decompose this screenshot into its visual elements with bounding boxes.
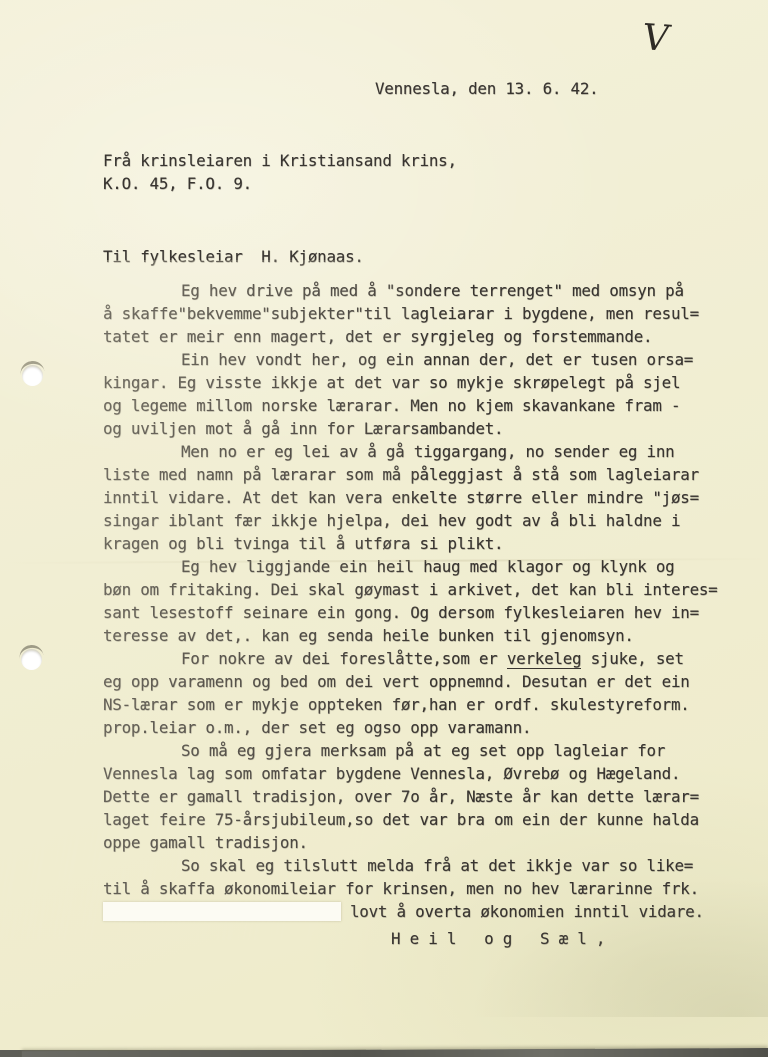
sender-line-1: Frå krinsleiaren i Kristiansand krins, <box>103 149 457 172</box>
letter-text-segment: prop.leiar o.m., der set eg ogso opp var… <box>103 718 531 737</box>
letter-line: kragen og bli tvinga til å utføra si pli… <box>103 532 725 555</box>
letter-line: eg opp varamenn og bed om dei vert oppne… <box>103 670 725 693</box>
letter-line: kingar. Eg visste ikkje at det var so my… <box>103 371 725 394</box>
punch-hole-top <box>22 365 43 386</box>
letter-line: å skaffe"bekvemme"subjekter"til lagleiar… <box>103 302 725 325</box>
letter-line: liste med namn på lærarar som må påleggj… <box>103 463 725 486</box>
punch-hole-bottom <box>21 649 42 670</box>
letter-line: lovt å overta økonomien inntil vidare. <box>103 900 725 923</box>
letter-line: Eg hev drive på med å "sondere terrenget… <box>103 279 725 302</box>
letter-text-segment: oppe gamall tradisjon. <box>103 833 308 852</box>
letter-text-segment: tatet er meir enn magert, det er syrgjel… <box>103 327 652 346</box>
redacted-name-box <box>103 902 341 921</box>
letter-line: NS-lærar som er mykje oppteken før,han e… <box>103 693 725 716</box>
recipient-line: Til fylkesleiar H. Kjønaas. <box>103 245 364 268</box>
letter-line: Men no er eg lei av å gå tiggargang, no … <box>103 440 725 463</box>
letter-text-segment: sjuke, set <box>581 649 683 668</box>
letter-text-segment: sant lesestoff seinare ein gong. Og ders… <box>103 603 699 622</box>
letter-text-segment: kragen og bli tvinga til å utføra si pli… <box>103 534 503 553</box>
sender-line-2: K.O. 45, F.O. 9. <box>103 172 252 195</box>
letter-text-segment: eg opp varamenn og bed om dei vert oppne… <box>103 672 690 691</box>
letter-line: tatet er meir enn magert, det er syrgjel… <box>103 325 725 348</box>
letter-line: laget feire 75-årsjubileum,so det var br… <box>103 808 725 831</box>
closing-salutation: H e i l o g S æ l , <box>391 927 605 950</box>
letter-line: Dette er gamall tradisjon, over 7o år, N… <box>103 785 725 808</box>
letter-line: sant lesestoff seinare ein gong. Og ders… <box>103 601 725 624</box>
letter-line: For nokre av dei foreslåtte,som er verke… <box>103 647 725 670</box>
letter-text-segment: verkeleg <box>507 649 581 669</box>
handwritten-check-mark: V <box>643 17 669 60</box>
letter-line: og legeme millom norske lærarar. Men no … <box>103 394 725 417</box>
letter-line: og uviljen mot å gå inn for Lærarsamband… <box>103 417 725 440</box>
letter-line: Vennesla lag som omfatar bygdene Vennesl… <box>103 762 725 785</box>
letter-text-segment: laget feire 75-årsjubileum,so det var br… <box>103 810 699 829</box>
letter-text-segment: liste med namn på lærarar som må påleggj… <box>103 465 699 484</box>
letter-text-segment: bøn om fritaking. Dei skal gøymast i ark… <box>103 580 718 599</box>
letter-text-segment: singar iblant fær ikkje hjelpa, dei hev … <box>103 511 680 530</box>
letter-text-segment: NS-lærar som er mykje oppteken før,han e… <box>103 695 690 714</box>
letter-text-segment: Eg hev drive på med å "sondere terrenget… <box>181 281 684 300</box>
letter-line: oppe gamall tradisjon. <box>103 831 725 854</box>
letter-body: Eg hev drive på med å "sondere terrenget… <box>103 279 725 923</box>
letter-line: prop.leiar o.m., der set eg ogso opp var… <box>103 716 725 739</box>
letter-text-segment: Ein hev vondt her, og ein annan der, det… <box>181 350 693 369</box>
letter-text-segment: og legeme millom norske lærarar. Men no … <box>103 396 680 415</box>
letter-line: So må eg gjera merksam på at eg set opp … <box>103 739 725 762</box>
letter-line: So skal eg tilslutt melda frå at det ikk… <box>103 854 725 877</box>
letter-text-segment: So skal eg tilslutt melda frå at det ikk… <box>181 856 693 875</box>
letter-line: til å skaffa økonomileiar for krinsen, m… <box>103 877 725 900</box>
scanned-letter-document: V Vennesla, den 13. 6. 42. Frå krinsleia… <box>0 0 768 1057</box>
letter-line: bøn om fritaking. Dei skal gøymast i ark… <box>103 578 725 601</box>
letter-text-segment: Dette er gamall tradisjon, over 7o år, N… <box>103 787 699 806</box>
letter-line: teresse av det,. kan eg senda heile bunk… <box>103 624 725 647</box>
letter-text-segment: inntil vidare. At det kan vera enkelte s… <box>103 488 699 507</box>
letter-line: singar iblant fær ikkje hjelpa, dei hev … <box>103 509 725 532</box>
letter-text-segment: So må eg gjera merksam på at eg set opp … <box>181 741 665 760</box>
date-line: Vennesla, den 13. 6. 42. <box>375 77 598 100</box>
letter-text-segment: Vennesla lag som omfatar bygdene Vennesl… <box>103 764 680 783</box>
letter-text-segment: til å skaffa økonomileiar for krinsen, m… <box>103 879 699 898</box>
letter-text-segment: lovt å overta økonomien inntil vidare. <box>350 902 704 921</box>
letter-text-segment: Men no er eg lei av å gå tiggargang, no … <box>181 442 674 461</box>
letter-text-segment: å skaffe"bekvemme"subjekter"til lagleiar… <box>103 304 699 323</box>
letter-text-segment: kingar. Eg visste ikkje at det var so my… <box>103 373 680 392</box>
letter-line: Ein hev vondt her, og ein annan der, det… <box>103 348 725 371</box>
letter-text-segment: For nokre av dei foreslåtte,som er <box>181 649 507 668</box>
letter-text-segment: teresse av det,. kan eg senda heile bunk… <box>103 626 634 645</box>
letter-text-segment: og uviljen mot å gå inn for Lærarsamband… <box>103 419 503 438</box>
letter-line: inntil vidare. At det kan vera enkelte s… <box>103 486 725 509</box>
